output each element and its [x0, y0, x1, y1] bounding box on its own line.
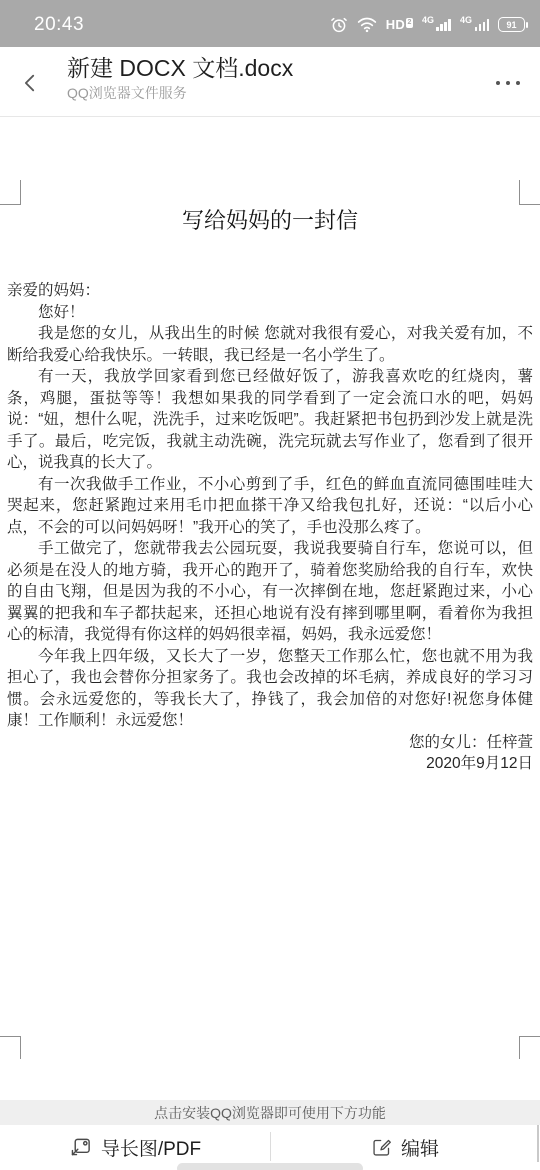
signal-4g-icon-1: 4G	[422, 19, 451, 31]
page-crop-mark-bottom-right	[519, 1036, 540, 1059]
export-long-image-icon	[69, 1136, 92, 1159]
letter-body: 亲爱的妈妈： 您好！ 我是您的女儿，从我出生的时候 您就对我很有爱心，对我关爱有…	[0, 280, 540, 775]
page-crop-mark-bottom-left	[0, 1036, 21, 1059]
signature-date: 2020年9月12日	[7, 753, 533, 775]
file-source: QQ浏览器文件服务	[67, 84, 457, 102]
battery-icon: 91	[498, 17, 528, 32]
letter-paragraph: 手工做完了，您就带我去公园玩耍，我说我要骑自行车，您说可以，但必须是在没人的地方…	[7, 538, 533, 646]
page-crop-mark-top-right	[519, 180, 540, 205]
letter-paragraph: 有一天，我放学回家看到您已经做好饭了，游我喜欢吃的红烧肉，薯条，鸡腿，蛋挞等等！…	[7, 366, 533, 474]
sim-badge: 2	[406, 18, 413, 28]
signal-4g-icon-2: 4G	[460, 19, 489, 31]
letter-paragraph: 有一次我做手工作业，不小心剪到了手，红色的鲜血直流同德围哇哇大哭起来，您赶紧跑过…	[7, 474, 533, 539]
letter-title: 写给妈妈的一封信	[0, 117, 540, 234]
toolbar-divider	[270, 1132, 271, 1161]
home-indicator[interactable]	[177, 1163, 363, 1170]
status-time: 20:43	[34, 14, 84, 36]
more-menu-button[interactable]	[494, 75, 522, 91]
edit-button-label: 编辑	[401, 1134, 439, 1161]
file-title: 新建 DOCX 文档.docx	[67, 53, 457, 83]
install-banner-text: 点击安装QQ浏览器即可使用下方功能	[154, 1103, 386, 1123]
phone-screen: 20:43 HD 2 4G 4G	[0, 0, 540, 1170]
header-text: 新建 DOCX 文档.docx QQ浏览器文件服务	[67, 53, 457, 102]
back-button[interactable]	[16, 69, 44, 97]
status-icons: HD 2 4G 4G 91	[330, 16, 528, 34]
letter-paragraph: 今年我上四年级，又长大了一岁，您整天工作那么忙，您也就不用为我担心了，我也会替你…	[7, 646, 533, 732]
signature-name: 您的女儿：任梓萱	[7, 732, 533, 754]
export-button-label: 导长图/PDF	[101, 1134, 201, 1161]
letter-paragraph: 我是您的女儿，从我出生的时候 您就对我很有爱心，对我关爱有加，不断给我爱心给我快…	[7, 323, 533, 366]
page-crop-mark-top-left	[0, 180, 21, 205]
scrollbar-thumb[interactable]	[537, 1125, 539, 1162]
document-view[interactable]: 写给妈妈的一封信 亲爱的妈妈： 您好！ 我是您的女儿，从我出生的时候 您就对我很…	[0, 117, 540, 1100]
status-bar: 20:43 HD 2 4G 4G	[0, 0, 540, 47]
chevron-left-icon	[19, 72, 41, 94]
battery-percent: 91	[498, 17, 525, 32]
letter-salutation: 亲爱的妈妈：	[7, 280, 533, 302]
app-header: 新建 DOCX 文档.docx QQ浏览器文件服务	[0, 47, 540, 117]
hd-volte-icon: HD 2	[386, 17, 413, 32]
more-dots-icon	[496, 81, 500, 85]
edit-icon	[371, 1137, 392, 1158]
wifi-icon	[357, 16, 377, 33]
alarm-icon	[330, 16, 348, 34]
install-banner[interactable]: 点击安装QQ浏览器即可使用下方功能	[0, 1100, 540, 1125]
letter-paragraph: 您好！	[7, 302, 533, 324]
